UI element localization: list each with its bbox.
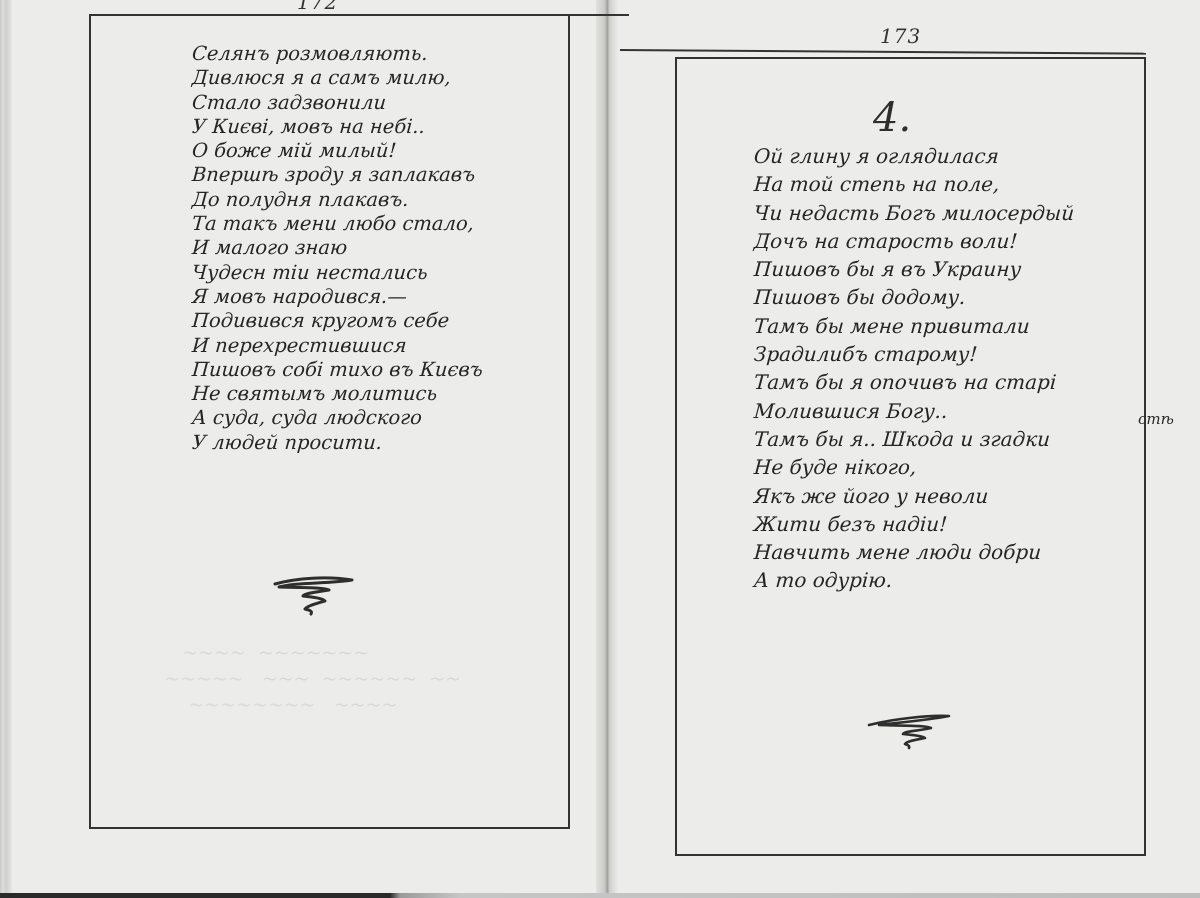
- poem-line: Не буде нікого,: [753, 453, 1075, 481]
- poem-line: Пишовъ собі тихо въ Києвъ: [191, 358, 483, 382]
- poem-line: Тамъ бы мене привитали: [753, 312, 1075, 340]
- poem-line: А то одурію.: [753, 566, 1075, 594]
- poem-line: Якъ же його у неволи: [753, 482, 1075, 510]
- poem-line: У Києві, мовъ на небі..: [191, 115, 483, 139]
- poem-line: У людей просити.: [191, 431, 483, 455]
- right-page: 173 4. стѣ Ой глину я оглядилася На той …: [618, 0, 1200, 893]
- poem-line: Я мовъ народився.—: [191, 285, 483, 309]
- book-gutter: [596, 0, 618, 898]
- page-number: 172: [297, 0, 338, 14]
- poem-line: До полудня плакавъ.: [191, 188, 483, 212]
- manuscript-spread: ~~~~ ~~~~~~~ ~~~~~ ~~~ ~~~~~~ ~~ ~~~~~~~…: [0, 0, 1200, 898]
- poem-line: О боже мій милый!: [191, 139, 483, 163]
- poem-line: Подивився кругомъ себе: [191, 309, 483, 333]
- superscript-insertion: стѣ: [1138, 410, 1174, 428]
- book-left-edge: [0, 0, 12, 898]
- poem-line: Пишовъ бы додому.: [753, 283, 1075, 311]
- end-flourish-icon: [267, 568, 357, 618]
- poem-line: А суда, суда людского: [191, 406, 483, 430]
- poem-text: Ой глину я оглядилася На той степь на по…: [754, 142, 1074, 595]
- poem-line: Зрадилибъ старому!: [753, 340, 1075, 368]
- poem-line: Жити безъ надіи!: [753, 510, 1075, 538]
- poem-line: Молившися Богу..: [753, 397, 1075, 425]
- poem-line: И перехрестившися: [191, 334, 483, 358]
- poem-line: Не святымъ молитись: [191, 382, 483, 406]
- poem-text: Селянъ розмовляють. Дивлюся я а самъ мил…: [192, 42, 483, 455]
- poem-line: Пишовъ бы я въ Украину: [753, 255, 1075, 283]
- poem-line: Та такъ мени любо стало,: [191, 212, 483, 236]
- poem-line: Дочъ на старость воли!: [753, 227, 1075, 255]
- left-page: ~~~~ ~~~~~~~ ~~~~~ ~~~ ~~~~~~ ~~ ~~~~~~~…: [12, 0, 596, 893]
- poem-line: И малого знаю: [191, 236, 483, 260]
- poem-line: Тамъ бы я.. Шкода и згадки: [753, 425, 1075, 453]
- end-flourish-icon: [863, 705, 953, 750]
- poem-line: Стало задзвонили: [191, 91, 483, 115]
- poem-line: Селянъ розмовляють.: [191, 42, 483, 66]
- poem-line: На той степь на поле,: [753, 170, 1075, 198]
- book-bottom-edge: [0, 893, 1200, 898]
- poem-line: Тамъ бы я опочивъ на старі: [753, 368, 1075, 396]
- poem-line: Ой глину я оглядилася: [753, 142, 1075, 170]
- poem-line: Впершѣ зроду я заплакавъ: [191, 163, 483, 187]
- top-rule: [620, 49, 1146, 55]
- page-number: 173: [880, 24, 921, 48]
- poem-line: Дивлюся я а самъ милю,: [191, 66, 483, 90]
- poem-line: Чудесн тіи нестались: [191, 261, 483, 285]
- poem-line: Чи недасть Богъ милосердый: [753, 199, 1075, 227]
- section-number: 4.: [873, 95, 911, 141]
- poem-line: Навчить мене люди добри: [753, 538, 1075, 566]
